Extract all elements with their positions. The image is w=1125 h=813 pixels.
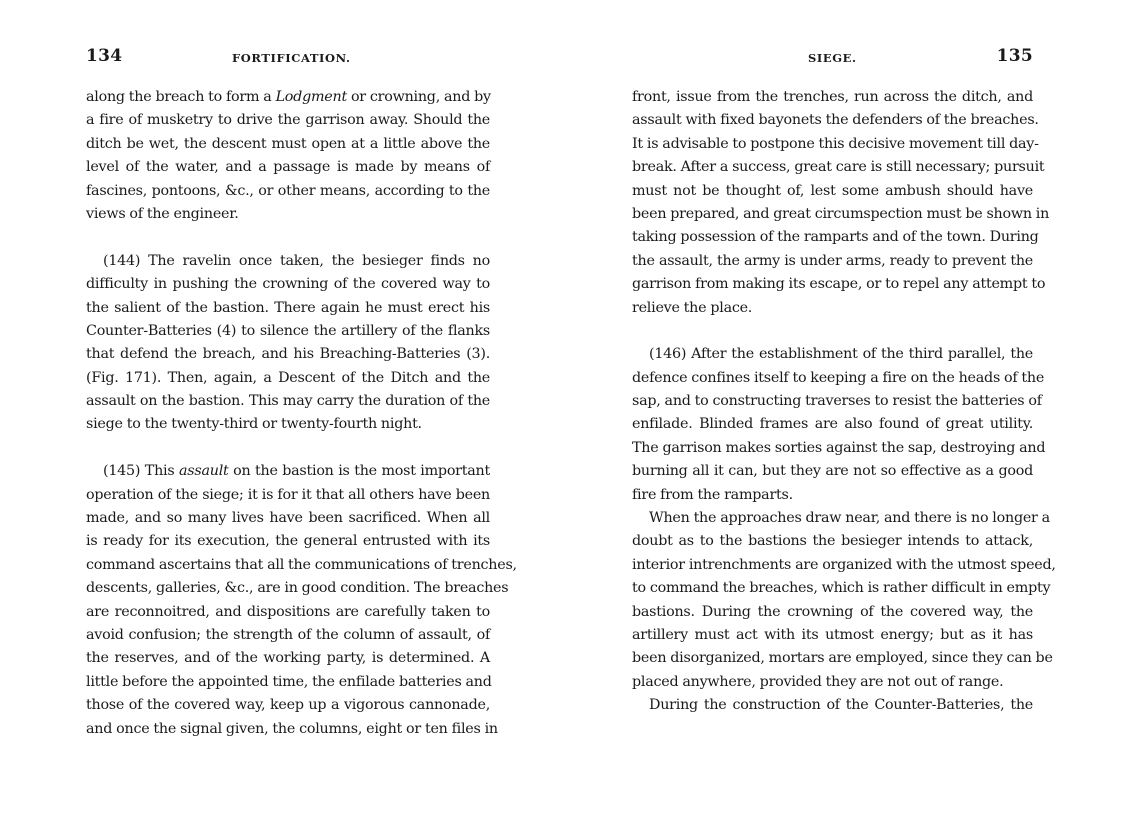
text-line: the salient of the bastion. There again …	[86, 297, 490, 320]
left-page: 134 FORTIFICATION. along the breach to f…	[86, 0, 490, 813]
running-head: FORTIFICATION.	[232, 51, 351, 65]
paragraph-gap	[86, 226, 490, 249]
text-line: been prepared, and great circumspection …	[632, 203, 1033, 226]
right-page: SIEGE. 135 front, issue from the trenche…	[632, 0, 1033, 813]
paragraph-gap	[86, 437, 490, 460]
text-line: bastions. During the crowning of the cov…	[632, 601, 1033, 624]
text-line: relieve the place.	[632, 297, 1033, 320]
text-line: doubt as to the bastions the besieger in…	[632, 530, 1033, 553]
text-line: interior intrenchments are organized wit…	[632, 554, 1033, 577]
paragraph-gap	[632, 320, 1033, 343]
paragraph-start: During the construction of the Counter-B…	[632, 694, 1033, 717]
text-line: to command the breaches, which is rather…	[632, 577, 1033, 600]
text-line: taking possession of the ramparts and of…	[632, 226, 1033, 249]
text-line: avoid confusion; the strength of the col…	[86, 624, 490, 647]
text-line: Counter-Batteries (4) to silence the art…	[86, 320, 490, 343]
text-line: a fire of musketry to drive the garrison…	[86, 109, 490, 132]
text-line: placed anywhere, provided they are not o…	[632, 671, 1033, 694]
left-page-body: along the breach to form a Lodgment or c…	[86, 86, 490, 741]
text-line: defence confines itself to keeping a fir…	[632, 367, 1033, 390]
text-line: front, issue from the trenches, run acro…	[632, 86, 1033, 109]
text-line: the reserves, and of the working party, …	[86, 647, 490, 670]
text-line: is ready for its execution, the general …	[86, 530, 490, 553]
text-line: along the breach to form a Lodgment or c…	[86, 86, 490, 109]
text-line: assault on the bastion. This may carry t…	[86, 390, 490, 413]
left-page-header: 134 FORTIFICATION.	[86, 46, 490, 70]
text-line: operation of the siege; it is for it tha…	[86, 484, 490, 507]
text-line: that defend the breach, and his Breachin…	[86, 343, 490, 366]
italic-term: assault	[179, 463, 229, 479]
right-page-body: front, issue from the trenches, run acro…	[632, 86, 1033, 718]
text-line: It is advisable to postpone this decisiv…	[632, 133, 1033, 156]
text-line: are reconnoitred, and dispositions are c…	[86, 601, 490, 624]
page-number: 135	[997, 46, 1033, 66]
text-line: views of the engineer.	[86, 203, 490, 226]
page-number: 134	[86, 46, 122, 66]
text-line: (Fig. 171). Then, again, a Descent of th…	[86, 367, 490, 390]
text-line: The garrison makes sorties against the s…	[632, 437, 1033, 460]
paragraph-144-start: (144) The ravelin once taken, the besieg…	[86, 250, 490, 273]
text-line: garrison from making its escape, or to r…	[632, 273, 1033, 296]
text-line: fire from the ramparts.	[632, 484, 1033, 507]
text-line: enfilade. Blinded frames are also found …	[632, 413, 1033, 436]
text-line: artillery must act with its utmost energ…	[632, 624, 1033, 647]
text-line: burning all it can, but they are not so …	[632, 460, 1033, 483]
text-line: siege to the twenty-third or twenty-four…	[86, 413, 490, 436]
text-line: difficulty in pushing the crowning of th…	[86, 273, 490, 296]
text-line: descents, galleries, &c., are in good co…	[86, 577, 490, 600]
text-line: must not be thought of, lest some ambush…	[632, 180, 1033, 203]
paragraph-145-start: (145) This assault on the bastion is the…	[86, 460, 490, 483]
text-line: made, and so many lives have been sacrif…	[86, 507, 490, 530]
right-page-header: SIEGE. 135	[632, 46, 1033, 70]
paragraph-146-start: (146) After the establishment of the thi…	[632, 343, 1033, 366]
running-head: SIEGE.	[808, 51, 857, 65]
text-line: sap, and to constructing traverses to re…	[632, 390, 1033, 413]
text-line: those of the covered way, keep up a vigo…	[86, 694, 490, 717]
text-line: level of the water, and a passage is mad…	[86, 156, 490, 179]
text-line: assault with fixed bayonets the defender…	[632, 109, 1033, 132]
text-line: fascines, pontoons, &c., or other means,…	[86, 180, 490, 203]
text-line: little before the appointed time, the en…	[86, 671, 490, 694]
text-line: ditch be wet, the descent must open at a…	[86, 133, 490, 156]
italic-term: Lodgment	[276, 89, 347, 105]
text-line: break. After a success, great care is st…	[632, 156, 1033, 179]
text-line: command ascertains that all the communic…	[86, 554, 490, 577]
text-line: been disorganized, mortars are employed,…	[632, 647, 1033, 670]
paragraph-start: When the approaches draw near, and there…	[632, 507, 1033, 530]
text-line: and once the signal given, the columns, …	[86, 718, 490, 741]
text-line: the assault, the army is under arms, rea…	[632, 250, 1033, 273]
